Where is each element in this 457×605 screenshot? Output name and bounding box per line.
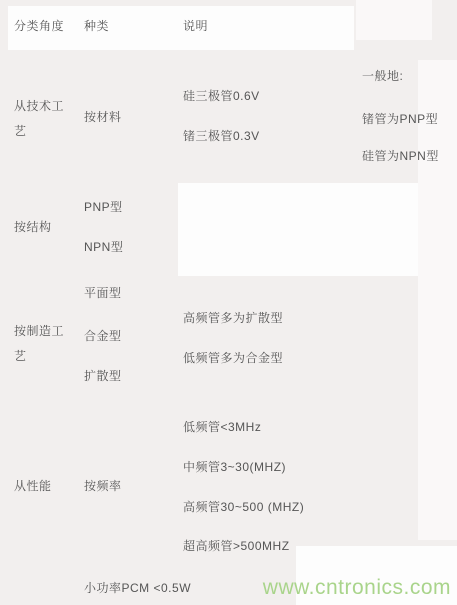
- cell-structure-kind-2: NPN型: [84, 239, 123, 255]
- transistor-classification-table: 分类角度 种类 说明 从技术工艺 按材料 硅三极管0.6V 锗三极管0.3V 一…: [0, 0, 457, 605]
- header-kind: 种类: [84, 18, 109, 34]
- cell-power-kind: 小功率PCM <0.5W: [84, 580, 191, 596]
- cell-process-desc-2: 低频管多为合金型: [183, 350, 283, 366]
- cell-structure-angle: 按结构: [14, 219, 52, 235]
- cell-performance-desc-4: 超高频管>500MHZ: [183, 538, 290, 554]
- cell-process-kind-2: 合金型: [84, 328, 122, 344]
- cell-tech-note-3: 硅管为NPN型: [362, 148, 439, 164]
- header-desc: 说明: [183, 18, 208, 34]
- header-angle: 分类角度: [14, 18, 64, 34]
- cell-tech-desc-2: 锗三极管0.3V: [183, 128, 260, 144]
- cell-performance-desc-1: 低频管<3MHz: [183, 419, 261, 435]
- cell-process-kind-1: 平面型: [84, 285, 122, 301]
- cell-tech-note-2: 锗管为PNP型: [362, 111, 438, 127]
- cell-performance-desc-2: 中频管3~30(MHZ): [183, 459, 286, 475]
- cell-process-kind-3: 扩散型: [84, 368, 122, 384]
- cell-tech-kind: 按材料: [84, 109, 122, 125]
- cell-process-desc-1: 高频管多为扩散型: [183, 310, 283, 326]
- cell-tech-angle: 从技术工艺: [14, 94, 68, 144]
- cell-performance-desc-3: 高频管30~500 (MHZ): [183, 499, 304, 515]
- site-watermark: www.cntronics.com: [263, 576, 451, 600]
- cell-tech-desc-1: 硅三极管0.6V: [183, 88, 260, 104]
- cell-structure-kind-1: PNP型: [84, 199, 123, 215]
- top-right-patch: [356, 0, 432, 40]
- cell-performance-angle: 从性能: [14, 478, 52, 494]
- cell-process-angle: 按制造工艺: [14, 319, 68, 369]
- right-edge-patch: [418, 60, 457, 540]
- cell-performance-kind: 按频率: [84, 478, 122, 494]
- cell-tech-note-1: 一般地:: [362, 68, 403, 84]
- structure-row-white-patch: [178, 183, 446, 276]
